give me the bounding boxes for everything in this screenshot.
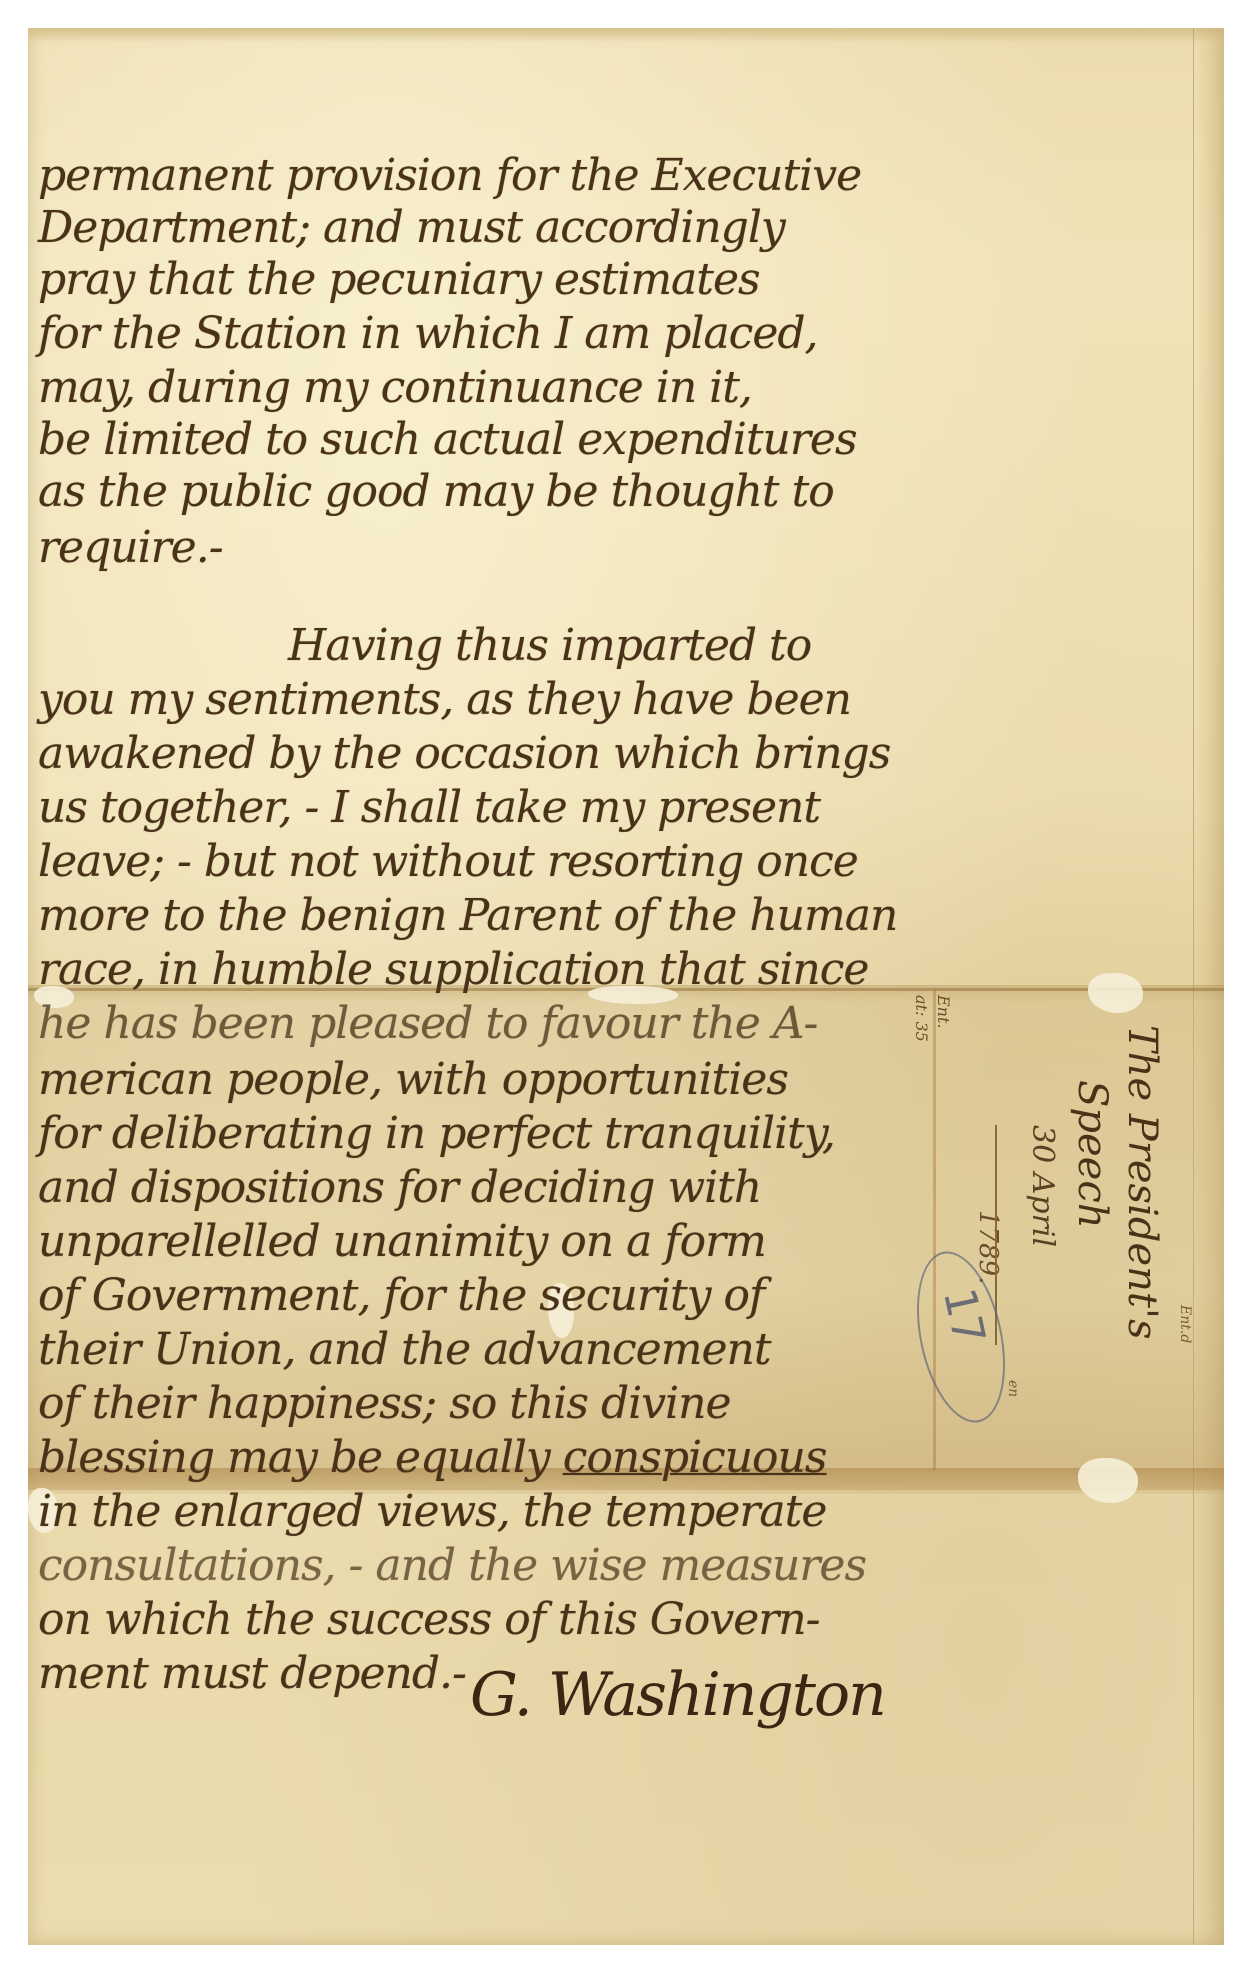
body-line: be limited to such actual expenditures — [38, 414, 857, 465]
body-line: of their happiness; so this divine — [38, 1378, 731, 1429]
endorsement-subtitle: Speech — [1069, 1080, 1115, 1229]
endorsement-corner-note: en — [1005, 1380, 1021, 1397]
body-line: for deliberating in perfect tranquility, — [38, 1108, 835, 1159]
body-line: unparellelled unanimity on a form — [38, 1216, 766, 1267]
body-line: permanent provision for the Executive — [38, 150, 861, 201]
body-line-text: blessing may be equally conspicuous — [38, 1432, 826, 1483]
body-line: merican people, with opportunities — [38, 1054, 788, 1105]
body-line: Department; and must accordingly — [38, 202, 785, 253]
body-line: ment must depend.- — [38, 1648, 466, 1699]
body-line: and dispositions for deciding with — [38, 1162, 761, 1213]
body-line: as the public good may be thought to — [38, 466, 834, 517]
body-line: leave; - but not without resorting once — [38, 836, 858, 887]
paper-damage-spot — [1078, 1458, 1138, 1503]
body-line: on which the success of this Govern- — [38, 1594, 819, 1645]
endorsement-note: at: 35 — [912, 995, 931, 1042]
endorsement-note: Ent. — [934, 995, 953, 1029]
body-line: pray that the pecuniary estimates — [38, 254, 760, 305]
catalog-number: 17 — [933, 1284, 995, 1349]
body-line: you my sentiments, as they have been — [38, 674, 851, 725]
body-line: their Union, and the advancement — [38, 1324, 771, 1375]
body-line: awakened by the occasion which brings — [38, 728, 890, 779]
body-line-with-underline: blessing may be equally conspicuous — [38, 1432, 826, 1483]
body-line-faded: he has been pleased to favour the A- — [38, 998, 817, 1049]
body-line: of Government, for the security of — [38, 1270, 764, 1321]
body-line: in the enlarged views, the temperate — [38, 1486, 826, 1537]
body-line: require.- — [38, 522, 223, 573]
underlined-word: conspicuous — [563, 1432, 827, 1483]
endorsement-date: 30 April — [1025, 1125, 1060, 1247]
body-line: for the Station in which I am placed, — [38, 308, 818, 359]
endorsement-margin-note: Ent.d — [1177, 1305, 1193, 1343]
body-line: us together, - I shall take my present — [38, 782, 820, 833]
signature: G. Washington — [470, 1660, 885, 1730]
body-line-faded: consultations, - and the wise measures — [38, 1540, 866, 1591]
paragraph-start-line: Having thus imparted to — [288, 620, 811, 671]
body-line: race, in humble supplication that since — [38, 944, 868, 995]
endorsement-title: The President's — [1119, 1025, 1165, 1340]
body-line: more to the benign Parent of the human — [38, 890, 897, 941]
body-line: may, during my continuance in it, — [38, 362, 752, 413]
